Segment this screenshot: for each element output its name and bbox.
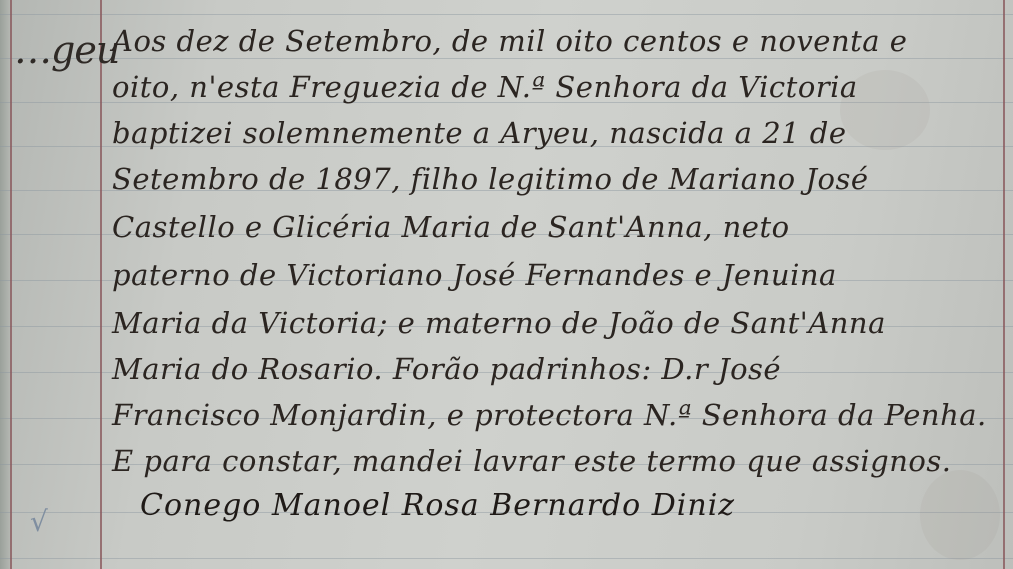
entry-line-10: E para constar, mandei lavrar este termo… xyxy=(112,444,951,478)
left-margin-rule xyxy=(10,0,12,569)
entry-line-6: paterno de Victoriano José Fernandes e J… xyxy=(112,258,837,292)
margin-name-note: …geu xyxy=(14,28,119,72)
entry-line-8: Maria do Rosario. Forão padrinhos: D.r J… xyxy=(112,352,781,386)
right-margin-rule xyxy=(1003,0,1005,569)
priest-signature: Conego Manoel Rosa Bernardo Diniz xyxy=(140,488,735,523)
ruled-line xyxy=(0,14,1013,15)
entry-line-7: Maria da Victoria; e materno de João de … xyxy=(112,306,886,340)
margin-check-mark: √ xyxy=(30,505,48,538)
page-edge xyxy=(0,0,10,569)
entry-line-4: Setembro de 1897, filho legitimo de Mari… xyxy=(112,162,869,196)
ruled-line xyxy=(0,558,1013,559)
paper-stain xyxy=(920,470,1000,560)
entry-line-2: oito, n'esta Freguezia de N.ª Senhora da… xyxy=(112,70,858,104)
entry-line-5: Castello e Glicéria Maria de Sant'Anna, … xyxy=(112,210,790,244)
ruled-line xyxy=(0,58,1013,59)
entry-line-1: Aos dez de Setembro, de mil oito centos … xyxy=(112,24,907,58)
entry-line-9: Francisco Monjardin, e protectora N.ª Se… xyxy=(112,398,987,432)
register-page: …geu √ Aos dez de Setembro, de mil oito … xyxy=(0,0,1013,569)
entry-line-3: baptizei solemnemente a Aryeu, nascida a… xyxy=(112,116,847,150)
entry-margin-rule xyxy=(100,0,102,569)
